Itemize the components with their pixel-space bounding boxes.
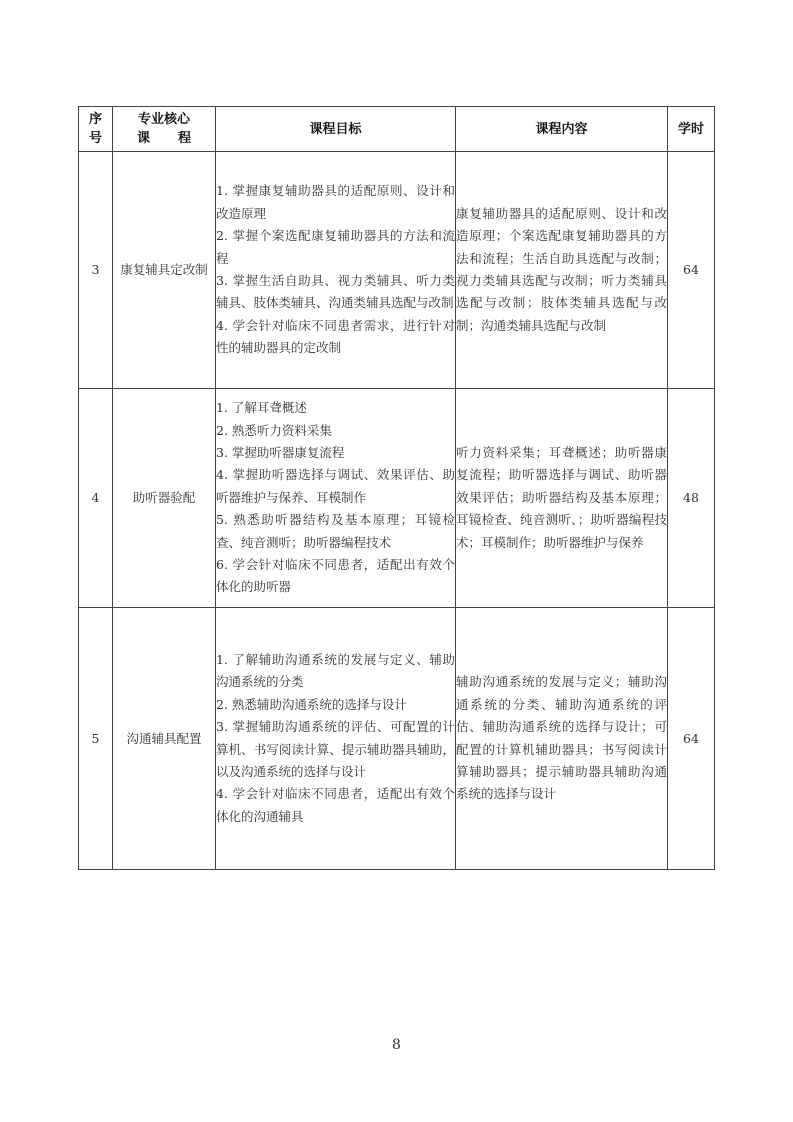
- row-course-name: 康复辅具定改制: [113, 152, 216, 389]
- goal-item: 3. 掌握助听器康复流程: [216, 442, 455, 464]
- row-goals: 1. 了解耳聋概述 2. 熟悉听力资料采集 3. 掌握助听器康复流程 4. 掌握…: [216, 389, 456, 608]
- header-course-name: 专业核心 课 程: [113, 107, 216, 152]
- header-goals: 课程目标: [216, 107, 456, 152]
- goal-item: 4. 掌握助听器选择与调试、效果评估、助听器维护与保养、耳模制作: [216, 464, 455, 509]
- row-hours: 48: [668, 389, 715, 608]
- goal-item: 3. 掌握生活自助具、视力类辅具、听力类辅具、肢体类辅具、沟通类辅具选配与改制: [216, 270, 455, 315]
- header-no-line2: 号: [89, 129, 102, 148]
- row-course-name: 助听器验配: [113, 389, 216, 608]
- page-number: 8: [0, 1037, 793, 1053]
- goal-item: 2. 掌握个案选配康复辅助器具的方法和流程: [216, 225, 455, 270]
- row-no: 4: [79, 389, 113, 608]
- goal-item: 5. 熟悉助听器结构及基本原理；耳镜检查、纯音测听；助听器编程技术: [216, 509, 455, 554]
- row-no: 3: [79, 152, 113, 389]
- goal-item: 2. 熟悉辅助沟通系统的选择与设计: [216, 694, 455, 716]
- table-header-row: 序 号 专业核心 课 程 课程目标 课程内容 学时: [79, 107, 715, 152]
- row-course-name: 沟通辅具配置: [113, 608, 216, 870]
- goal-item: 4. 学会针对临床不同患者，适配出有效个体化的沟通辅具: [216, 783, 455, 828]
- table-row: 4 助听器验配 1. 了解耳聋概述 2. 熟悉听力资料采集 3. 掌握助听器康复…: [79, 389, 715, 608]
- goal-item: 6. 学会针对临床不同患者，适配出有效个体化的助听器: [216, 554, 455, 599]
- goal-item: 1. 了解辅助沟通系统的发展与定义、辅助沟通系统的分类: [216, 649, 455, 694]
- core-course-table: 序 号 专业核心 课 程 课程目标 课程内容 学时: [78, 106, 715, 870]
- goal-item: 4. 学会针对临床不同患者需求，进行针对性的辅助器具的定改制: [216, 315, 455, 360]
- header-hours: 学时: [668, 107, 715, 152]
- header-name-line1: 专业核心: [138, 110, 190, 129]
- row-content: 康复辅助器具的适配原则、设计和改造原理；个案选配康复辅助器具的方法和流程；生活自…: [456, 152, 668, 389]
- goal-item: 1. 了解耳聋概述: [216, 397, 455, 419]
- goal-item: 1. 掌握康复辅助器具的适配原则、设计和改造原理: [216, 180, 455, 225]
- goal-item: 3. 掌握辅助沟通系统的评估、可配置的计算机、书写阅读计算、提示辅助器具辅助，以…: [216, 716, 455, 783]
- row-goals: 1. 了解辅助沟通系统的发展与定义、辅助沟通系统的分类 2. 熟悉辅助沟通系统的…: [216, 608, 456, 870]
- table-row: 5 沟通辅具配置 1. 了解辅助沟通系统的发展与定义、辅助沟通系统的分类 2. …: [79, 608, 715, 870]
- header-no: 序 号: [79, 107, 113, 152]
- row-hours: 64: [668, 608, 715, 870]
- row-goals: 1. 掌握康复辅助器具的适配原则、设计和改造原理 2. 掌握个案选配康复辅助器具…: [216, 152, 456, 389]
- row-content: 辅助沟通系统的发展与定义；辅助沟通系统的分类、辅助沟通系统的评估、辅助沟通系统的…: [456, 608, 668, 870]
- goal-item: 2. 熟悉听力资料采集: [216, 420, 455, 442]
- header-name-char-b: 程: [178, 129, 191, 148]
- row-hours: 64: [668, 152, 715, 389]
- table-row: 3 康复辅具定改制 1. 掌握康复辅助器具的适配原则、设计和改造原理 2. 掌握…: [79, 152, 715, 389]
- document-page: 序 号 专业核心 课 程 课程目标 课程内容 学时: [0, 0, 793, 1122]
- header-content: 课程内容: [456, 107, 668, 152]
- row-content: 听力资料采集；耳聋概述；助听器康复流程；助听器选择与调试、助听器效果评估；助听器…: [456, 389, 668, 608]
- header-name-line2: 课 程: [137, 129, 191, 148]
- header-no-line1: 序: [89, 110, 102, 129]
- row-no: 5: [79, 608, 113, 870]
- header-name-char-a: 课: [137, 129, 150, 148]
